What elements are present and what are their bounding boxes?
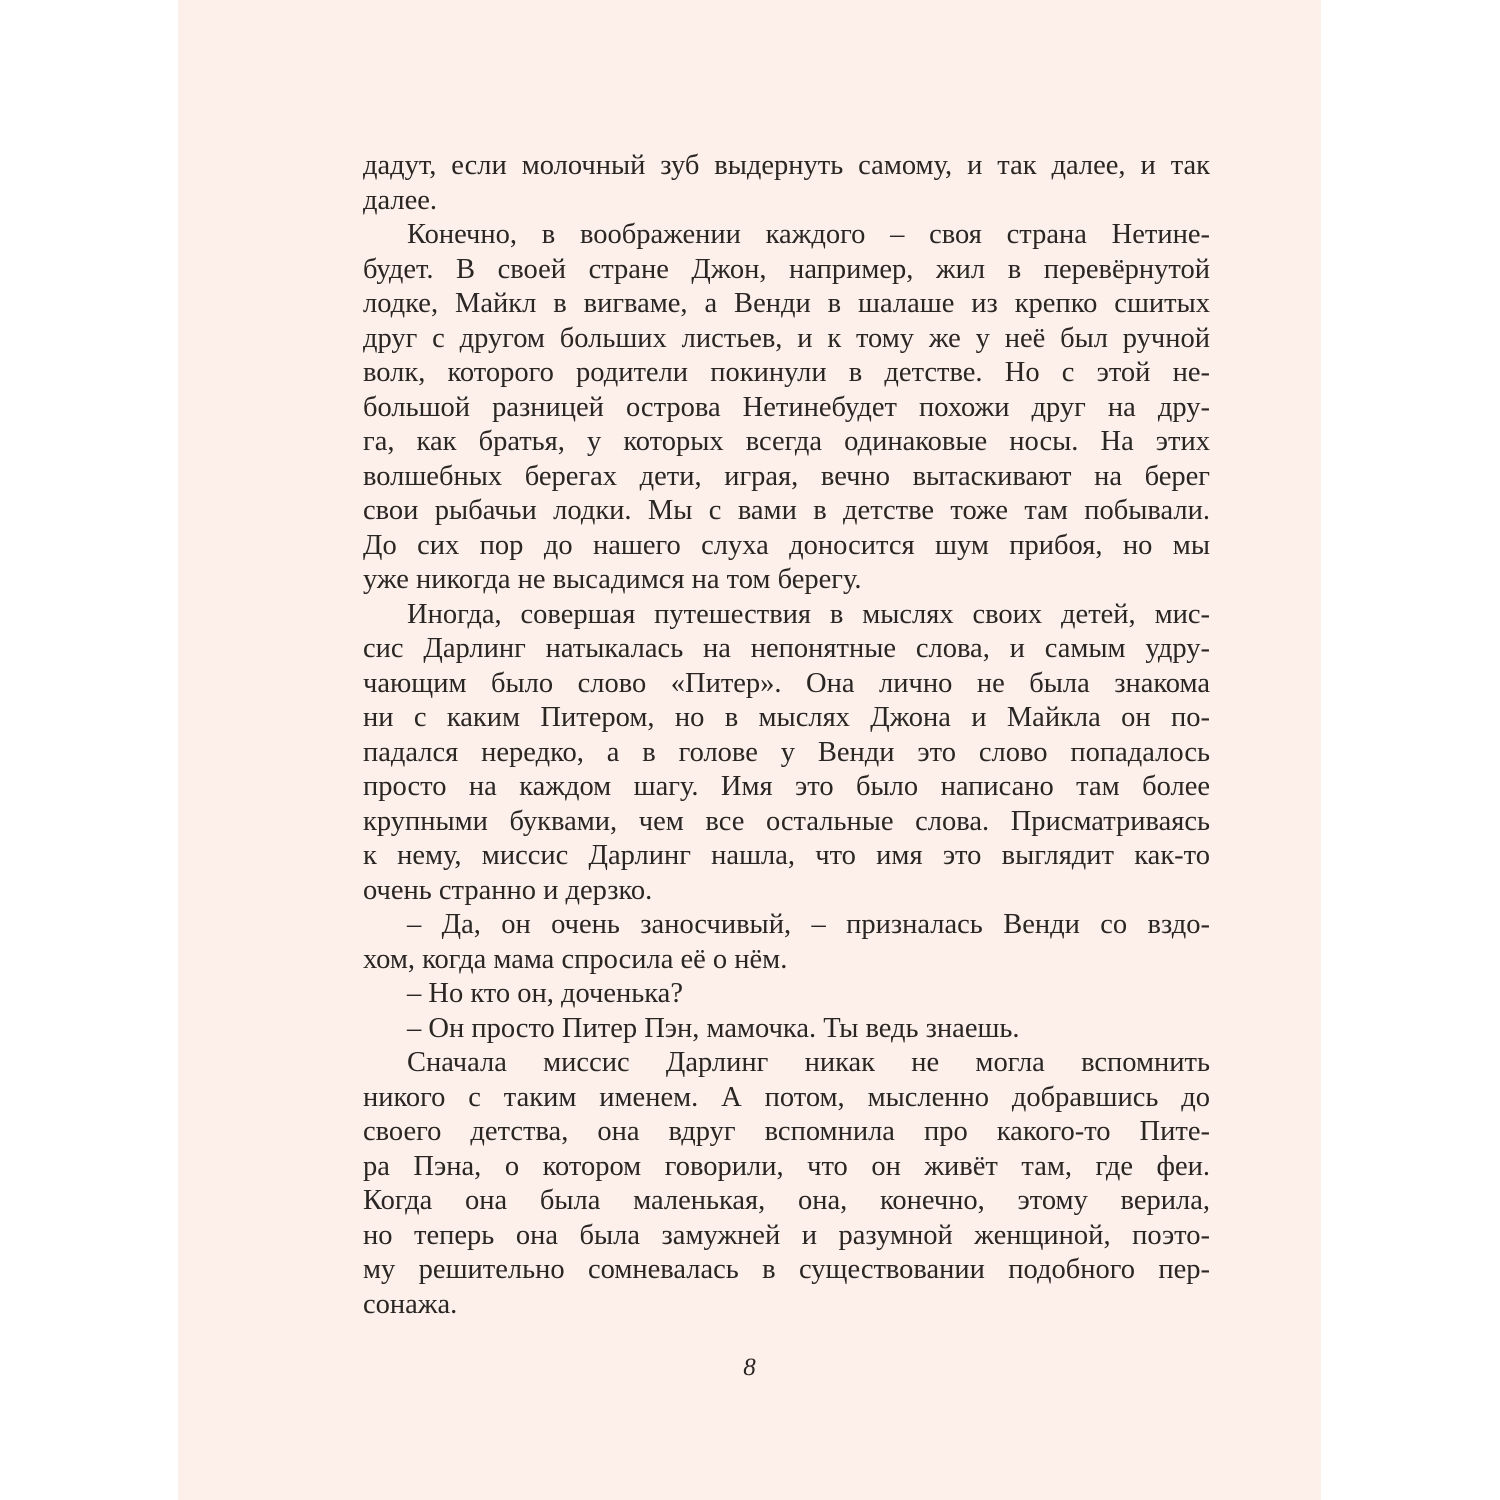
text-line: Иногда, совершая путешествия в мыслях св… [363,598,1210,633]
paragraph: – Да, он очень заносчивый, – призналась … [363,908,1210,977]
paragraph: дадут, если молочный зуб выдернуть самом… [363,149,1210,218]
paragraph: Иногда, совершая путешествия в мыслях св… [363,598,1210,909]
text-line: своего детства, она вдруг вспомнила про … [363,1115,1210,1150]
text-line: дадут, если молочный зуб выдернуть самом… [363,149,1210,184]
text-line: просто на каждом шагу. Имя это было напи… [363,770,1210,805]
text-line: Когда она была маленькая, она, конечно, … [363,1184,1210,1219]
paragraph: – Но кто он, доченька? [363,977,1210,1012]
text-line: му решительно сомневалась в существовани… [363,1253,1210,1288]
text-line: Конечно, в воображении каждого – своя ст… [363,218,1210,253]
text-line: к нему, миссис Дарлинг нашла, что имя эт… [363,839,1210,874]
text-line: ра Пэна, о котором говорили, что он живё… [363,1150,1210,1185]
text-line: очень странно и дерзко. [363,874,1210,909]
paragraph: Сначала миссис Дарлинг никак не могла вс… [363,1046,1210,1322]
text-line: сонажа. [363,1288,1210,1323]
book-page: дадут, если молочный зуб выдернуть самом… [178,0,1321,1500]
page-number: 8 [178,1354,1321,1382]
paragraph: Конечно, в воображении каждого – своя ст… [363,218,1210,598]
text-line: Сначала миссис Дарлинг никак не могла вс… [363,1046,1210,1081]
paragraph: – Он просто Питер Пэн, мамочка. Ты ведь … [363,1012,1210,1047]
text-line: никого с таким именем. А потом, мысленно… [363,1081,1210,1116]
text-line: уже никогда не высадимся на том берегу. [363,563,1210,598]
text-line: свои рыбачьи лодки. Мы с вами в детстве … [363,494,1210,529]
text-line: – Он просто Питер Пэн, мамочка. Ты ведь … [363,1012,1210,1047]
text-line: До сих пор до нашего слуха доносится шум… [363,529,1210,564]
text-line: сис Дарлинг натыкалась на непонятные сло… [363,632,1210,667]
text-line: чающим было слово «Питер». Она лично не … [363,667,1210,702]
body-text: дадут, если молочный зуб выдернуть самом… [363,149,1210,1322]
text-line: друг с другом больших листьев, и к тому … [363,322,1210,357]
text-line: ни с каким Питером, но в мыслях Джона и … [363,701,1210,736]
text-line: падался нередко, а в голове у Венди это … [363,736,1210,771]
text-line: будет. В своей стране Джон, например, жи… [363,253,1210,288]
text-line: волк, которого родители покинули в детст… [363,356,1210,391]
text-line: га, как братья, у которых всегда одинако… [363,425,1210,460]
text-line: – Да, он очень заносчивый, – призналась … [363,908,1210,943]
text-line: лодке, Майкл в вигваме, а Венди в шалаше… [363,287,1210,322]
text-line: далее. [363,184,1210,219]
text-line: но теперь она была замужней и разумной ж… [363,1219,1210,1254]
text-line: большой разницей острова Нетинебудет пох… [363,391,1210,426]
text-line: крупными буквами, чем все остальные слов… [363,805,1210,840]
text-line: волшебных берегах дети, играя, вечно выт… [363,460,1210,495]
text-line: – Но кто он, доченька? [363,977,1210,1012]
text-line: хом, когда мама спросила её о нём. [363,943,1210,978]
